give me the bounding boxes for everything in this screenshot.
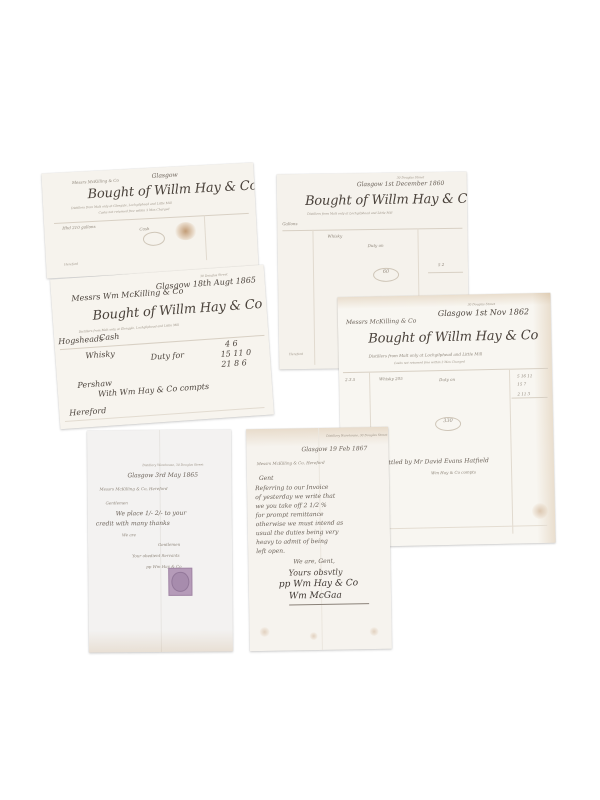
invoice-address: 30 Douglas Street	[397, 175, 425, 179]
letter-body-line: Referring to our Invoice	[255, 484, 328, 492]
invoice-footer: Hereford	[64, 262, 78, 267]
invoice-addressee: Messrs McKilling & Co	[72, 178, 119, 185]
letter-letterhead: Distillery Warehouse, 30 Douglas Street	[142, 463, 203, 468]
letter-body-line: left open.	[256, 548, 285, 556]
invoice-top-left: Messrs McKilling & Co Glasgow Bought of …	[41, 163, 258, 279]
letter-salutation: Gentlemen	[106, 500, 128, 505]
invoice-settled-note: Settled by Mr David Evans Hatfield	[381, 457, 489, 466]
invoice-entry: Whisky	[85, 349, 115, 360]
invoice-amount: 21 8 6	[221, 358, 247, 369]
invoice-subheading: Distillers from Malt only at Lochgilphea…	[307, 211, 392, 216]
revenue-stamp	[168, 568, 192, 596]
invoice-addressee: Messrs McKilling & Co	[346, 318, 417, 326]
invoice-footer: Hereford	[69, 406, 107, 418]
invoice-entry: Gallons	[282, 221, 297, 226]
invoice-place-date: Glasgow	[152, 171, 178, 179]
invoice-oval-number: 60	[373, 268, 399, 282]
letter-closing-salutation: Gentlemen	[158, 542, 180, 547]
invoice-amount: 5 16 11	[517, 373, 532, 378]
letter-addressee: Messrs McKilling & Co, Hereford	[100, 486, 168, 492]
invoice-signature: Wm Hay & Co compts	[431, 469, 476, 475]
invoice-entry: Cash	[139, 226, 149, 232]
letter-closing: We are, Gent,	[293, 558, 335, 566]
letter-salutation: Gent	[259, 475, 274, 482]
letter-bottom-middle: Distillery Warehouse, 30 Douglas Street …	[246, 427, 392, 651]
letter-bottom-left: Distillery Warehouse, 30 Douglas Street …	[87, 429, 233, 652]
invoice-terms: Casks not returned free within 3 Mos Cha…	[394, 360, 465, 365]
invoice-paid-note: With Wm Hay & Co compts	[98, 382, 210, 399]
invoice-total: 5 2	[438, 262, 444, 267]
letter-body-line: heavy to admit of being	[256, 538, 328, 546]
letter-body-line: We place 1/- 2/- to your	[116, 510, 187, 518]
invoice-entry: Whisky	[327, 233, 342, 238]
letter-body-line: for prompt remittance	[256, 511, 324, 519]
letter-body-line: usual the duties being very	[256, 529, 339, 537]
letter-signatory: Wm McGaa	[289, 591, 342, 602]
letter-place-date: Glasgow 3rd May 1865	[127, 472, 198, 480]
letter-body-line: otherwise we must intend as	[256, 520, 344, 529]
invoice-entry: 2.3.5	[345, 377, 355, 382]
queen-head-icon	[172, 572, 190, 592]
letter-place-date: Glasgow 19 Feb 1867	[301, 445, 367, 453]
letter-body-line: we you take off 2 1/2 %	[255, 502, 326, 510]
letter-signature: pp Wm Hay & Co	[279, 578, 359, 589]
invoice-entry: Duty for	[150, 350, 184, 361]
invoice-amount: 4 6	[225, 339, 238, 349]
invoice-address: 30 Douglas Street	[468, 302, 496, 307]
letter-sign-off: Yours obsvtly	[289, 568, 343, 578]
invoice-subheading: Distillers from Malt only at Glengyle, L…	[79, 323, 180, 334]
invoice-subheading: Distillers from Malt only at Lochgilphea…	[369, 351, 483, 358]
letter-closing: We are	[122, 532, 136, 537]
invoice-heading: Bought of Willm Hay & Co	[92, 297, 263, 324]
letter-addressee: Messrs McKilling & Co, Hereford	[257, 460, 325, 466]
invoice-heading: Bought of Willm Hay & Co	[305, 192, 469, 209]
invoice-footer: Hereford	[289, 352, 303, 356]
invoice-entry: Hhd 210 gallons	[62, 224, 96, 231]
invoice-heading: Bought of Willm Hay & Co	[368, 328, 538, 347]
invoice-oval-number: 330	[435, 417, 461, 432]
invoice-place-date: Glasgow 1st Nov 1862	[438, 307, 530, 318]
invoice-place-date: Glasgow 1st December 1860	[357, 180, 445, 188]
letter-body-line: credit with many thanks	[96, 520, 170, 528]
invoice-amount: 2 11 3	[517, 391, 530, 396]
invoice-entry: Hogsheads	[58, 334, 103, 346]
invoice-entry: Duty on	[439, 377, 455, 382]
letter-sign-off: Your obedient Servants	[132, 553, 179, 558]
invoice-amount: 15 7	[517, 381, 526, 386]
invoice-entry: Duty on	[368, 243, 384, 248]
letter-body-line: of yesterday we write that	[255, 493, 335, 501]
invoice-amount: 15 11 0	[220, 348, 251, 359]
invoice-mid-left: 30 Douglas Street Messrs Wm McKilling & …	[50, 265, 274, 430]
invoice-entry: Whisky 205	[379, 376, 403, 381]
